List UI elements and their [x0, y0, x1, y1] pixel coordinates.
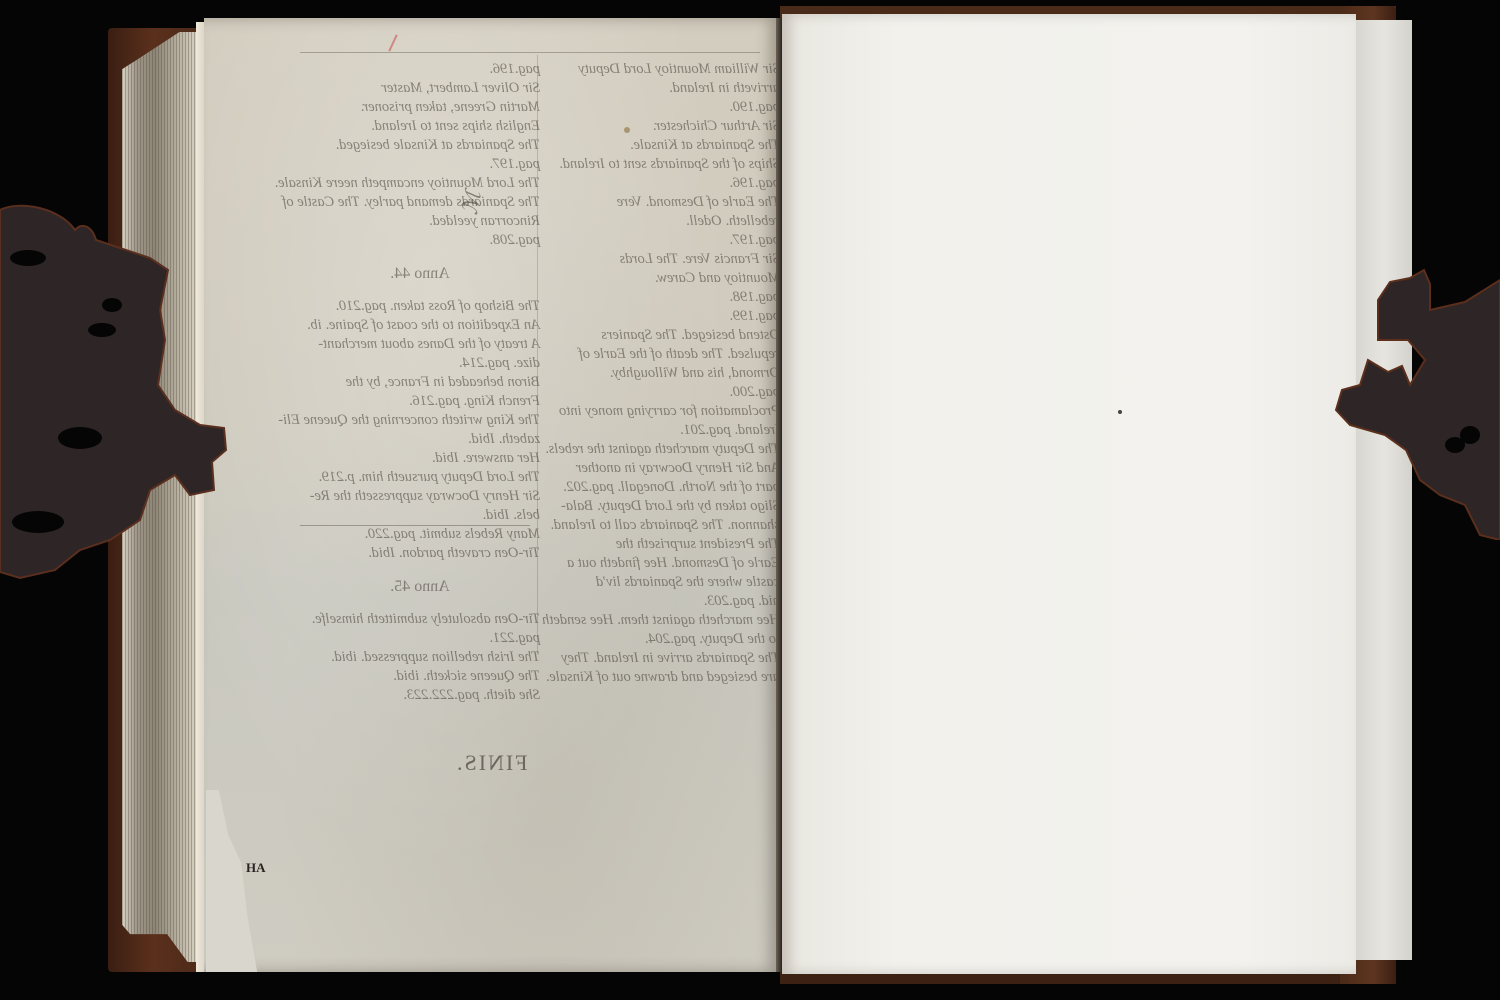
text-line: Hee marcheth against them. Hee sendeth: [540, 611, 780, 630]
text-line: And Sir Henry Docwray in another: [540, 459, 780, 478]
text-line: Ormond, his and Willoughby.: [540, 364, 780, 383]
text-line: The Spaniards at Kinsale besieged.: [300, 136, 540, 155]
text-line: Sir Francis Vere. The Lords: [540, 250, 780, 269]
text-line: Proclamation for carrying money into: [540, 402, 780, 421]
text-line: arriveth in Ireland.: [540, 79, 780, 98]
text-line: The Earle of Desmond. Vere: [540, 193, 780, 212]
text-line: Biron beheaded in France, by the: [300, 373, 540, 392]
text-line: Tir-Oen absolutely submitteth himselfe.: [300, 610, 540, 629]
speck: [1118, 410, 1122, 414]
text-line: pag.197.: [540, 231, 780, 250]
text-line: pag.208.: [300, 231, 540, 250]
text-line: Her answere. Ibid.: [300, 449, 540, 468]
text-line: pag.221.: [300, 629, 540, 648]
text-line: The Irish rebellion suppressed. ibid.: [300, 648, 540, 667]
offset-text-column-b: Sir William Mountioy Lord Deputy arrivet…: [540, 60, 780, 687]
text-line: The Spaniards at Kinsale.: [540, 136, 780, 155]
text-line: The Bishop of Ross taken. pag.210.: [300, 297, 540, 316]
clasp-right-icon: [1330, 240, 1500, 540]
text-line: The President surpriseth the: [540, 535, 780, 554]
text-line: Sir Oliver Lambert, Master: [300, 79, 540, 98]
text-line: The King writeth concerning the Queene E…: [300, 411, 540, 430]
text-line: The Lord Mountioy encampeth neere Kinsal…: [300, 174, 540, 193]
text-line: She dieth. pag.222.223.: [300, 686, 540, 705]
finis-offset-text: FINIS.: [455, 750, 528, 776]
text-line: pag.199.: [540, 307, 780, 326]
text-line: The Deputy marcheth against the rebels.: [540, 440, 780, 459]
text-line: The Lord Deputy pursueth him. p.219.: [300, 468, 540, 487]
text-line: Sir William Mountioy Lord Deputy: [540, 60, 780, 79]
text-line: The Spaniards demand parley. The Castle …: [300, 193, 540, 212]
text-line: French King. pag.216.: [300, 392, 540, 411]
text-line: The Spaniards arrive in Ireland. They: [540, 649, 780, 668]
header-rule: [300, 52, 760, 53]
offset-text-column-a: pag.196. Sir Oliver Lambert, Master Mart…: [300, 60, 540, 705]
text-line: Many Rebels submit. pag.220.: [300, 525, 540, 544]
text-line: pag.197.: [300, 155, 540, 174]
text-line: part of the North. Donegall. pag.202.: [540, 478, 780, 497]
text-line: castle where the Spaniards liv'd: [540, 573, 780, 592]
text-line: shannon. The Spaniards call to Ireland.: [540, 516, 780, 535]
text-line: rebelleth. Odell.: [540, 212, 780, 231]
text-line: Rincorran yeelded.: [300, 212, 540, 231]
text-line: Sir Arthur Chichester.: [540, 117, 780, 136]
text-line: to the Deputy. pag.204.: [540, 630, 780, 649]
section-heading: Anno 45.: [300, 577, 540, 596]
text-line: Mountioy and Carew.: [540, 269, 780, 288]
stain-spot: [624, 127, 630, 133]
text-line: hid. pag.203.: [540, 592, 780, 611]
text-line: Earle of Desmond. Hee findeth out a: [540, 554, 780, 573]
text-line: pag.190.: [540, 98, 780, 117]
text-line: Ships of the Spaniards sent to Ireland.: [540, 155, 780, 174]
text-line: pag.200.: [540, 383, 780, 402]
right-page-blank: [782, 14, 1356, 974]
text-line: dize. pag.214.: [300, 354, 540, 373]
section-rule: [300, 525, 530, 526]
text-line: Tir-Oen craveth pardon. Ibid.: [300, 544, 540, 563]
text-line: Ireland. pag.201.: [540, 421, 780, 440]
text-line: A treaty of the Danes about merchant-: [300, 335, 540, 354]
text-line: An Expedition to the coast of Spaine. ib…: [300, 316, 540, 335]
text-line: repulsed. The death of the Earle of: [540, 345, 780, 364]
text-line: The Queene sicketh. ibid.: [300, 667, 540, 686]
clasp-left-icon: [0, 200, 232, 580]
text-line: Sir Henry Docwray suppresseth the Re-: [300, 487, 540, 506]
text-line: Sligo taken by the Lord Deputy. Bala-: [540, 497, 780, 516]
right-clasp: [1330, 240, 1500, 540]
torn-fragment-text: HA: [246, 860, 266, 876]
left-clasp: [0, 200, 232, 580]
text-line: pag.196.: [300, 60, 540, 79]
text-line: are besieged and drawne out of Kinsale.: [540, 668, 780, 687]
handwritten-mark: ℳ: [457, 189, 487, 217]
text-line: pag.198.: [540, 288, 780, 307]
text-line: Ostend besieged. The Spaniers: [540, 326, 780, 345]
section-heading: Anno 44.: [300, 264, 540, 283]
text-line: zabeth. Ibid.: [300, 430, 540, 449]
text-line: English ships sent to Ireland.: [300, 117, 540, 136]
text-line: bels. Ibid.: [300, 506, 540, 525]
text-line: pag.196.: [540, 174, 780, 193]
text-line: Martin Greene, taken prisoner.: [300, 98, 540, 117]
